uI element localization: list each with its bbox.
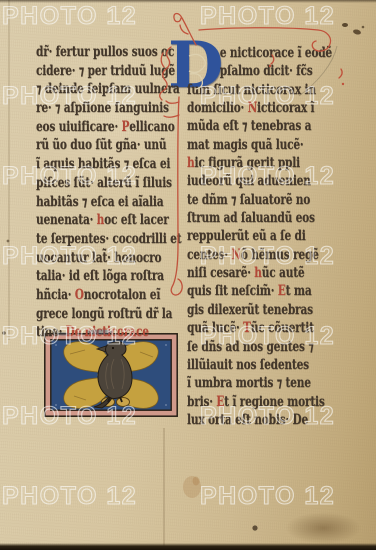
photo-bottom-edge	[0, 543, 376, 550]
manuscript-photo: D	[0, 0, 376, 550]
nicticorax-miniature	[44, 333, 178, 417]
right-text-column: e nicticorace ĩ eodẽpſalmo dicit· fc̃sſu…	[187, 47, 343, 432]
manuscript-text-line: lux orta eſt nobis· De	[187, 414, 343, 432]
left-text-column: dr̃· fertur pullos suos occidere· ⁊ per …	[36, 46, 180, 345]
photo-top-edge	[0, 0, 376, 3]
manuscript-text-line: tine· De nicticorace	[36, 326, 180, 345]
